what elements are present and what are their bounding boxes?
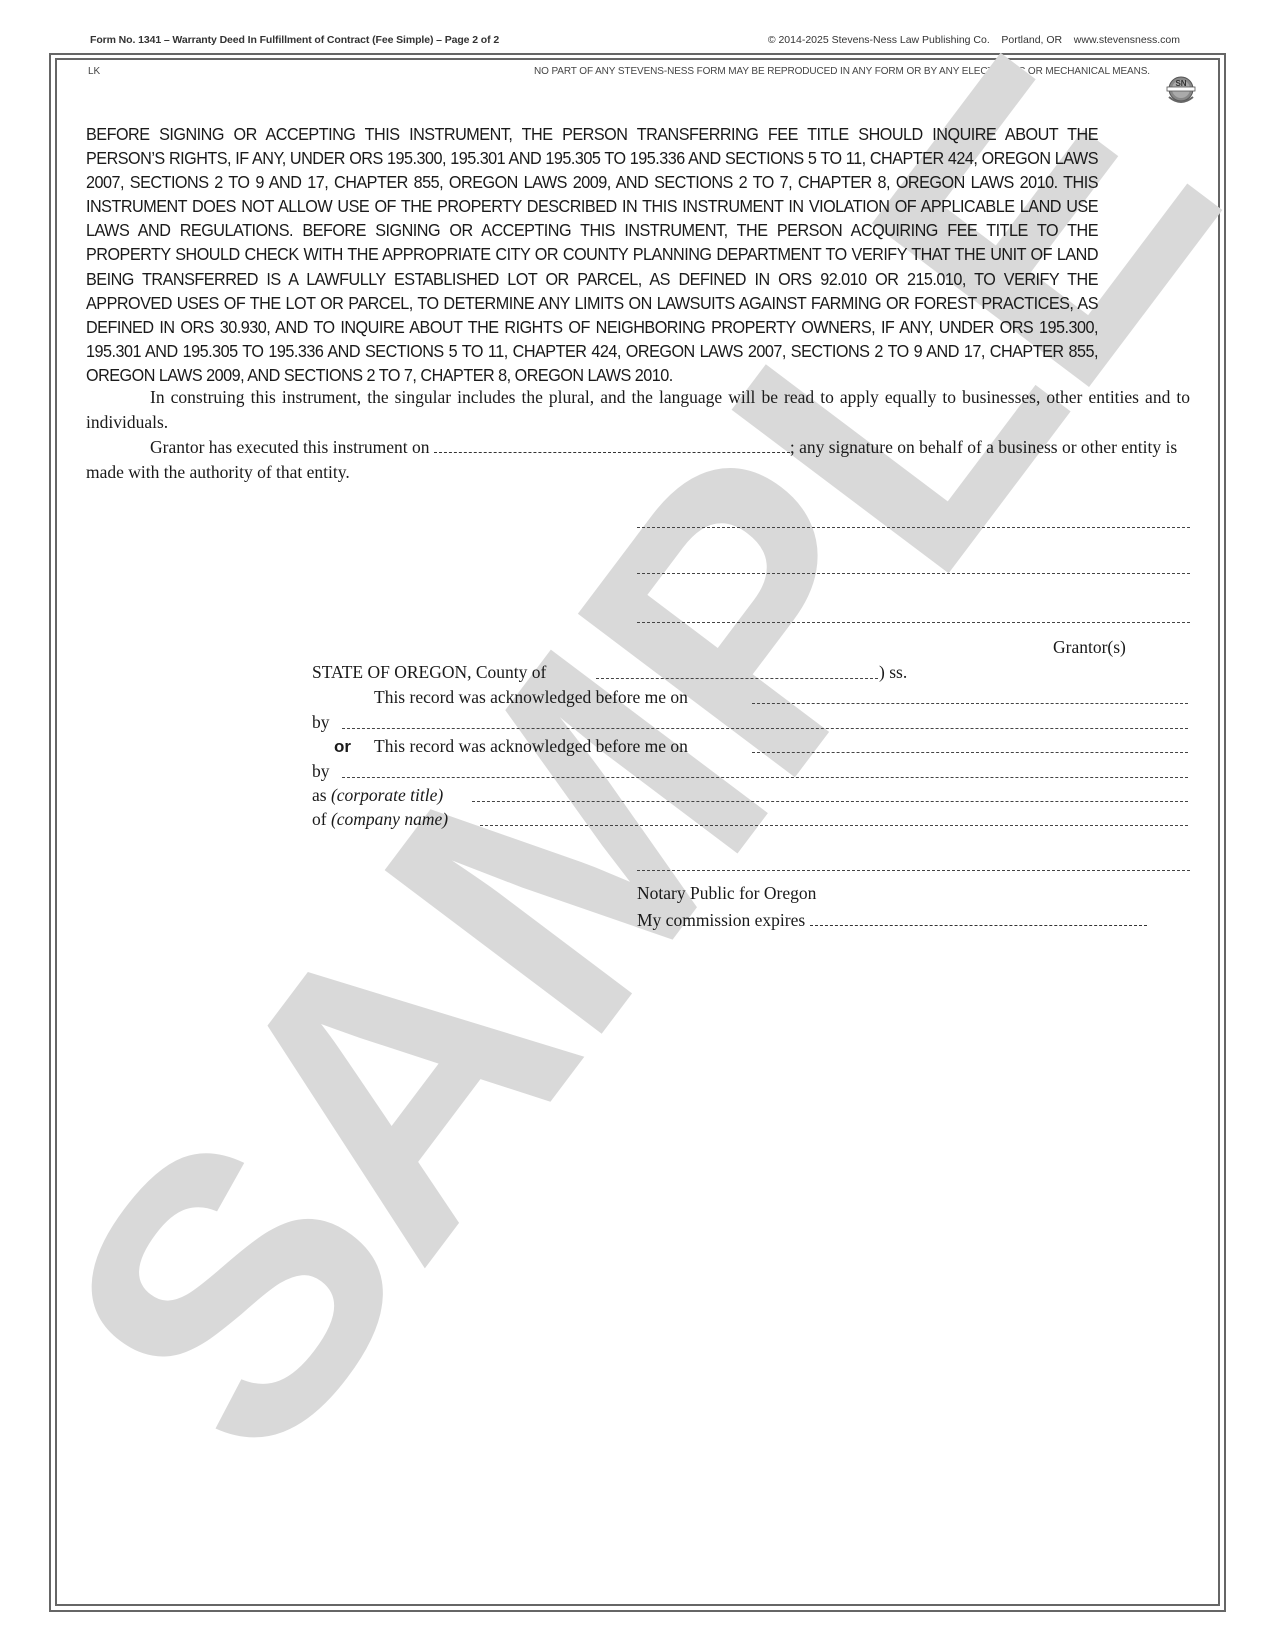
county-field[interactable] bbox=[596, 678, 878, 679]
company-name-field[interactable] bbox=[480, 825, 1188, 826]
commission-label: My commission expires bbox=[637, 910, 805, 930]
of-row: of (company name) bbox=[312, 807, 448, 831]
commission-row: My commission expires bbox=[637, 910, 1147, 931]
land-use-disclaimer: BEFORE SIGNING OR ACCEPTING THIS INSTRUM… bbox=[86, 122, 1098, 387]
ack-1-date-field[interactable] bbox=[752, 703, 1188, 704]
reproduction-notice: NO PART OF ANY STEVENS-NESS FORM MAY BE … bbox=[534, 66, 1150, 77]
by-1-label: by bbox=[312, 710, 330, 734]
state-county-row: STATE OF OREGON, County of bbox=[312, 660, 546, 684]
as-row: as (corporate title) bbox=[312, 783, 443, 807]
notary-public-label: Notary Public for Oregon bbox=[637, 883, 816, 904]
notary-signature-line[interactable] bbox=[637, 870, 1190, 871]
by-2-field[interactable] bbox=[342, 777, 1188, 778]
state-county-label: STATE OF OREGON, County of bbox=[312, 662, 546, 682]
or-label: or bbox=[334, 734, 351, 758]
corporate-title-field[interactable] bbox=[472, 801, 1188, 802]
as-label: as bbox=[312, 785, 327, 805]
ss-label: ) ss. bbox=[879, 660, 907, 684]
of-label: of bbox=[312, 809, 327, 829]
or-text: or bbox=[334, 737, 351, 756]
stevens-ness-seal-icon: SN bbox=[1164, 73, 1198, 107]
corporate-title-hint: (corporate title) bbox=[331, 785, 443, 805]
ack-2-date-field[interactable] bbox=[752, 752, 1188, 753]
form-title: Form No. 1341 – Warranty Deed In Fulfill… bbox=[90, 34, 499, 46]
execution-prefix: Grantor has executed this instrument on bbox=[150, 437, 429, 457]
form-code: LK bbox=[88, 66, 100, 77]
execution-paragraph: Grantor has executed this instrument on … bbox=[86, 435, 1190, 485]
publisher-info: © 2014-2025 Stevens-Ness Law Publishing … bbox=[768, 34, 1180, 46]
construing-paragraph: In construing this instrument, the singu… bbox=[86, 385, 1190, 435]
by-1-field[interactable] bbox=[342, 728, 1188, 729]
ack-2-label: This record was acknowledged before me o… bbox=[374, 734, 688, 758]
page-header: Form No. 1341 – Warranty Deed In Fulfill… bbox=[90, 34, 1180, 48]
grantor-signature-line-1[interactable] bbox=[637, 527, 1190, 528]
grantor-signature-line-3[interactable] bbox=[637, 622, 1190, 623]
ack-1-label: This record was acknowledged before me o… bbox=[374, 685, 688, 709]
grantor-signature-line-2[interactable] bbox=[637, 573, 1190, 574]
grantor-label: Grantor(s) bbox=[1053, 637, 1126, 658]
execution-date-field[interactable] bbox=[434, 438, 790, 453]
by-2-label: by bbox=[312, 759, 330, 783]
company-name-hint: (company name) bbox=[331, 809, 448, 829]
commission-expires-field[interactable] bbox=[810, 911, 1147, 926]
svg-text:SN: SN bbox=[1175, 79, 1186, 88]
